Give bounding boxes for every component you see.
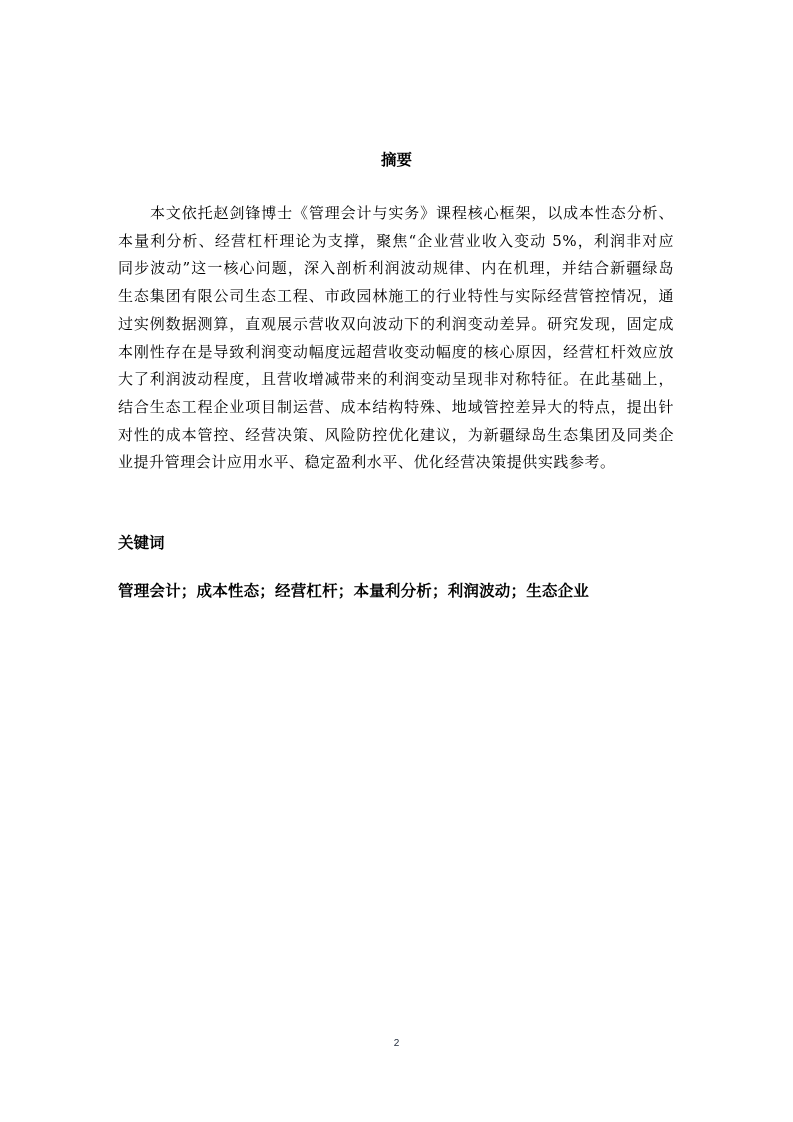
abstract-line: 本刚性存在是导致利润变动幅度远超营收变动幅度的核心原因，经营杠杆效应放 [118,339,674,367]
abstract-line: 对性的成本管控、经营决策、风险防控优化建议，为新疆绿岛生态集团及同类企 [118,422,674,450]
abstract-title: 摘要 [0,150,793,170]
keywords-list: 管理会计；成本性态；经营杠杆；本量利分析；利润波动；生态企业 [118,581,589,601]
abstract-line: 业提升管理会计应用水平、稳定盈利水平、优化经营决策提供实践参考。 [118,449,674,477]
abstract-line: 本文依托赵剑锋博士《管理会计与实务》课程核心框架，以成本性态分析、 [118,200,674,228]
abstract-line: 本量利分析、经营杠杆理论为支撑，聚焦“企业营业收入变动 5%，利润非对应 [118,228,674,256]
abstract-line: 同步波动”这一核心问题，深入剖析利润波动规律、内在机理，并结合新疆绿岛 [118,255,674,283]
abstract-body: 本文依托赵剑锋博士《管理会计与实务》课程核心框架，以成本性态分析、 本量利分析、… [118,200,674,477]
abstract-line: 过实例数据测算，直观展示营收双向波动下的利润变动差异。研究发现，固定成 [118,311,674,339]
abstract-line: 生态集团有限公司生态工程、市政园林施工的行业特性与实际经营管控情况，通 [118,283,674,311]
abstract-line: 结合生态工程企业项目制运营、成本结构特殊、地域管控差异大的特点，提出针 [118,394,674,422]
abstract-line: 大了利润波动程度，且营收增减带来的利润变动呈现非对称特征。在此基础上， [118,366,674,394]
document-page: 摘要 本文依托赵剑锋博士《管理会计与实务》课程核心框架，以成本性态分析、 本量利… [0,0,793,1122]
keywords-heading: 关键词 [118,533,165,553]
page-number: 2 [0,1037,793,1051]
